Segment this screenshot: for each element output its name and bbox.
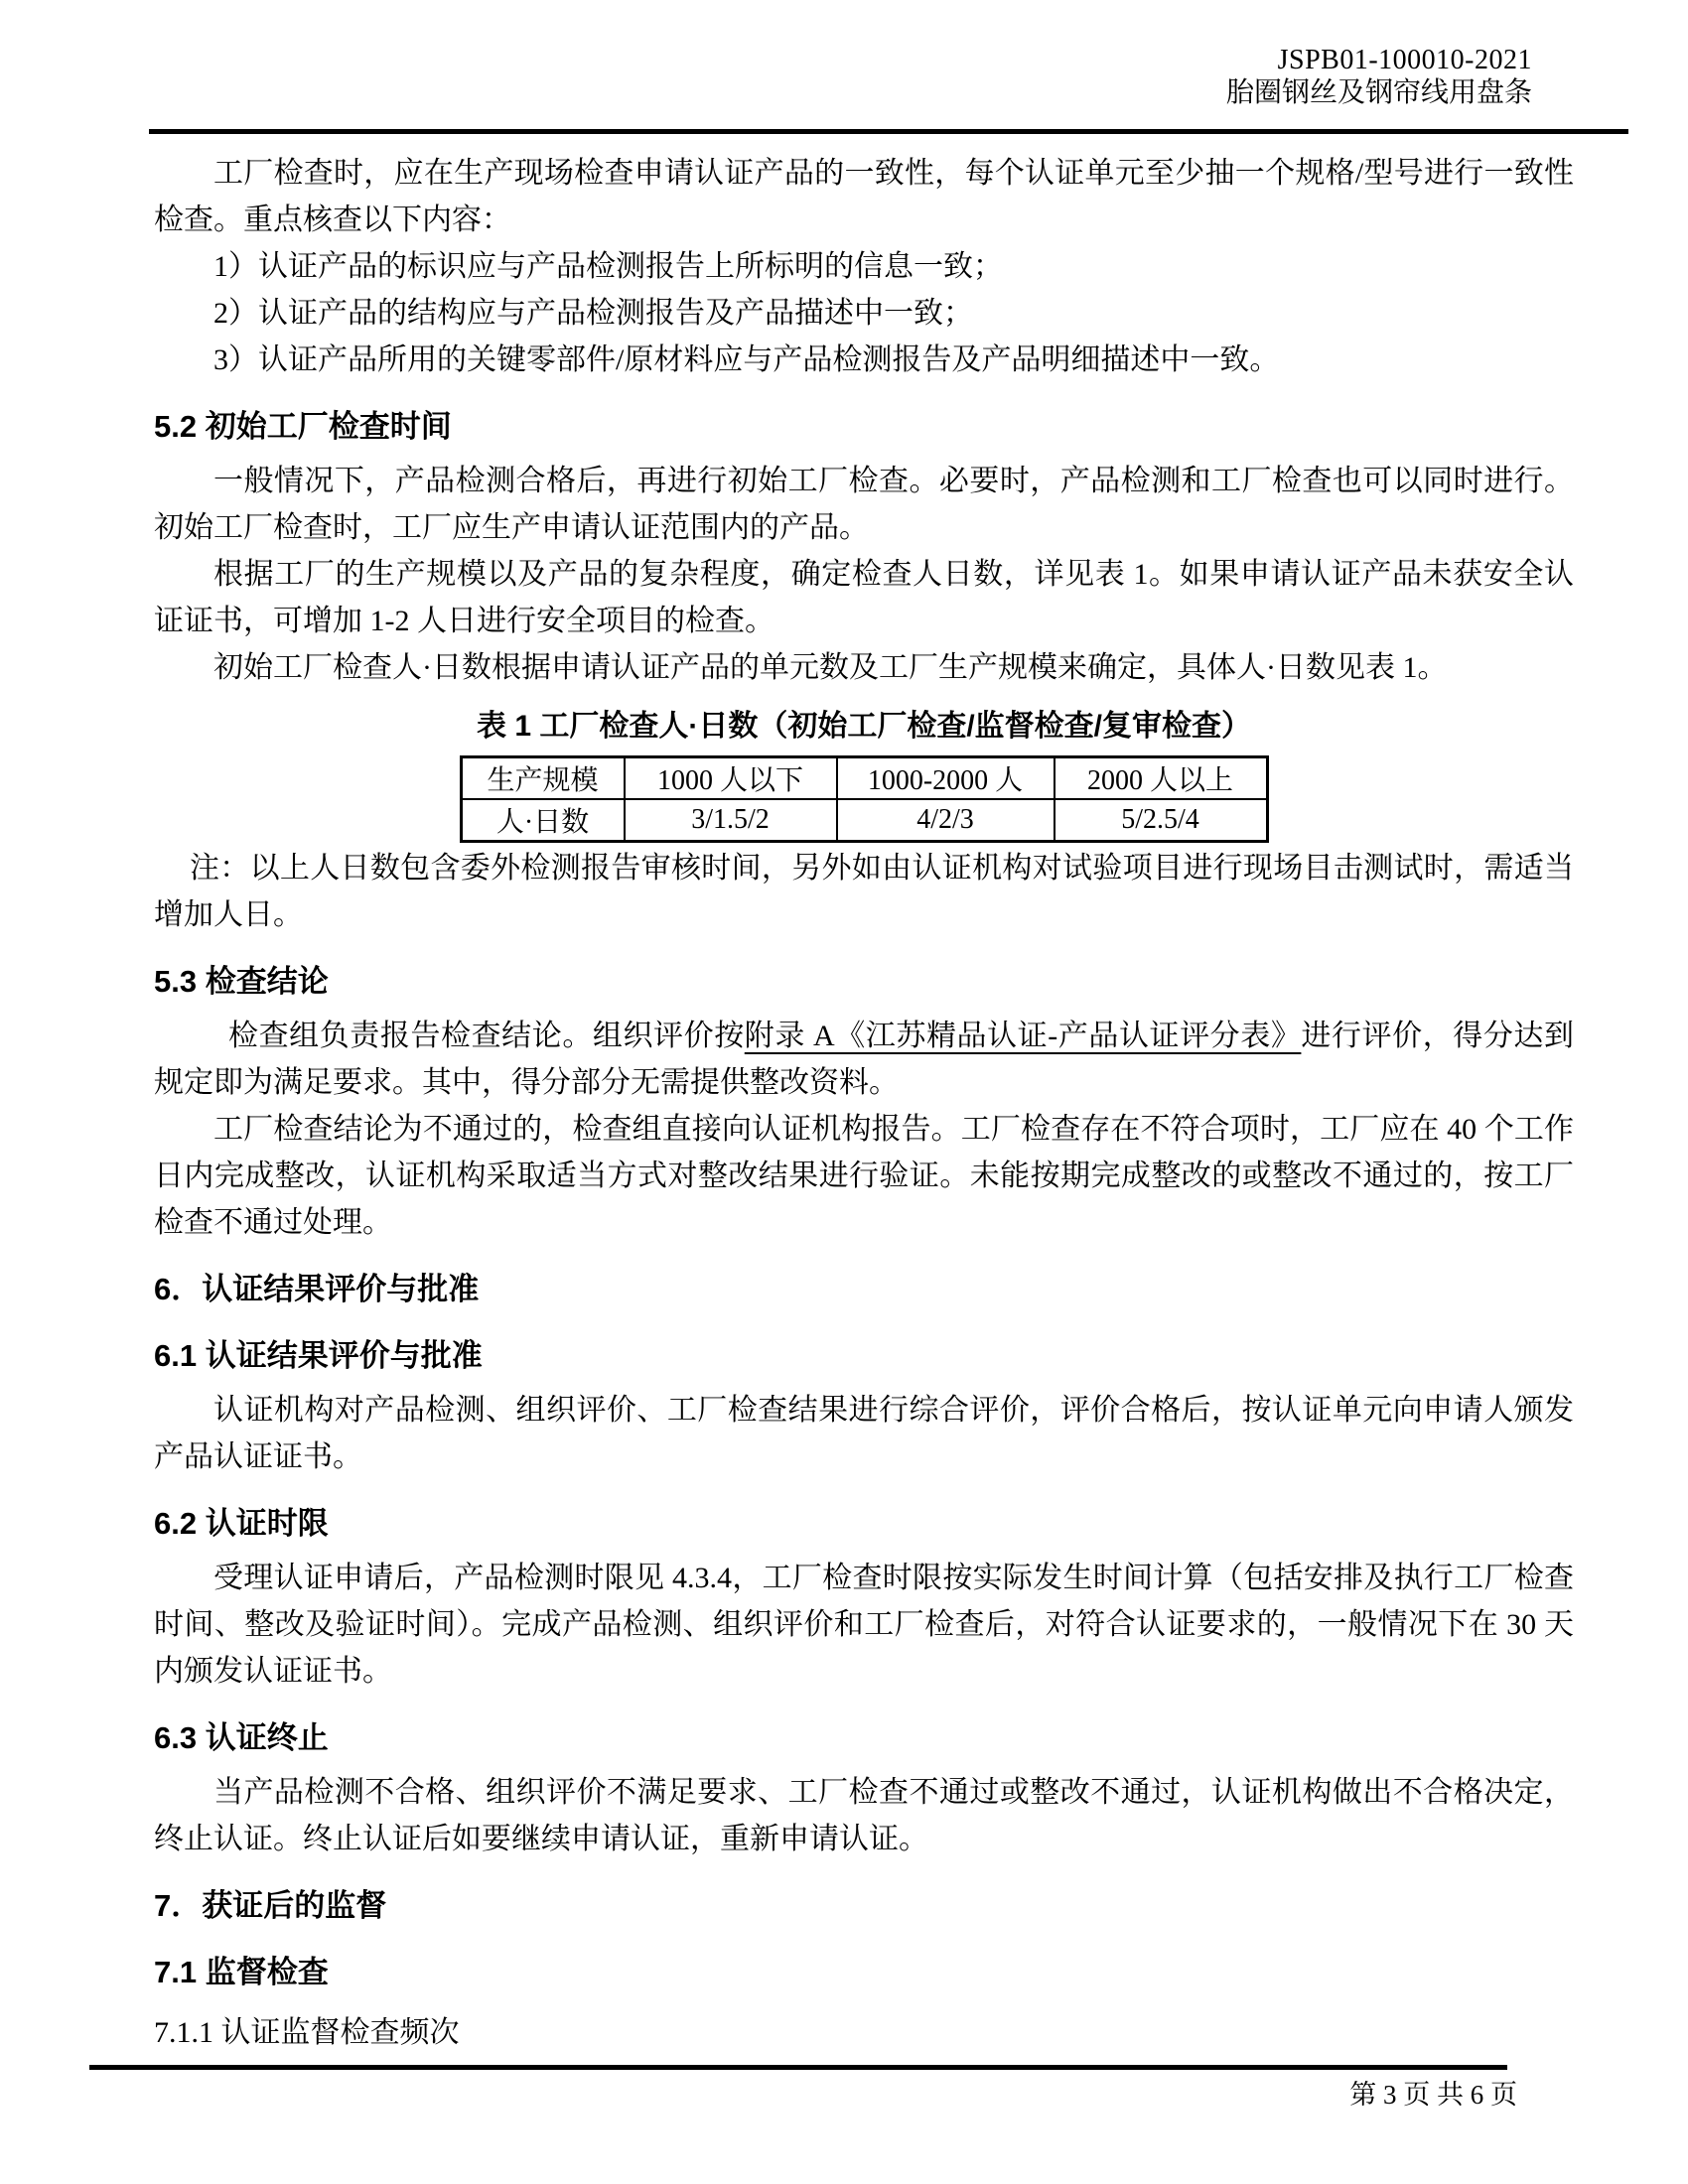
paragraph: 受理认证申请后，产品检测时限见 4.3.4，工厂检查时限按实际发生时间计算（包括… — [154, 1555, 1574, 1695]
table-cell: 3/1.5/2 — [625, 799, 837, 842]
table-row: 生产规模 1000 人以下 1000-2000 人 2000 人以上 — [461, 757, 1267, 800]
section-heading-7: 7．获证后的监督 — [154, 1882, 1574, 1929]
paragraph: 根据工厂的生产规模以及产品的复杂程度，确定检查人日数，详见表 1。如果申请认证产… — [154, 551, 1574, 644]
appendix-a-reference: 附录 A《江苏精品认证-产品认证评分表》 — [745, 1020, 1302, 1052]
list-item: 3）认证产品所用的关键零部件/原材料应与产品检测报告及产品明细描述中一致。 — [154, 337, 1574, 383]
list-item: 2）认证产品的结构应与产品检测报告及产品描述中一致； — [154, 290, 1574, 337]
section-heading-6-1: 6.1 认证结果评价与批准 — [154, 1332, 1574, 1379]
table-cell: 生产规模 — [461, 757, 625, 800]
list-item: 1）认证产品的标识应与产品检测报告上所标明的信息一致； — [154, 243, 1574, 290]
paragraph: 当产品检测不合格、组织评价不满足要求、工厂检查不通过或整改不通过，认证机构做出不… — [154, 1769, 1574, 1862]
header-divider — [149, 129, 1628, 134]
table-1-note: 注：以上人日数包含委外检测报告审核时间，另外如由认证机构对试验项目进行现场目击测… — [154, 845, 1574, 938]
section-heading-7-1: 7.1 监督检查 — [154, 1949, 1574, 1995]
paragraph: 工厂检查结论为不通过的，检查组直接向认证机构报告。工厂检查存在不符合项时，工厂应… — [154, 1106, 1574, 1246]
document-body: 工厂检查时，应在生产现场检查申请认证产品的一致性，每个认证单元至少抽一个规格/型… — [154, 150, 1574, 2056]
table-row: 人·日数 3/1.5/2 4/2/3 5/2.5/4 — [461, 799, 1267, 842]
section-heading-6-3: 6.3 认证终止 — [154, 1714, 1574, 1761]
section-heading-7-1-1: 7.1.1 认证监督检查频次 — [154, 2009, 1574, 2056]
table-1-title: 表 1 工厂检查人·日数（初始工厂检查/监督检查/复审检查） — [154, 703, 1574, 750]
paragraph: 认证机构对产品检测、组织评价、工厂检查结果进行综合评价，评价合格后，按认证单元向… — [154, 1387, 1574, 1480]
section-heading-6: 6．认证结果评价与批准 — [154, 1266, 1574, 1312]
document-number: JSPB01-100010-2021 — [154, 44, 1532, 76]
paragraph-segment: 检查组负责报告检查结论。组织评价按 — [228, 1020, 745, 1052]
table-cell: 人·日数 — [461, 799, 625, 842]
section-heading-5-3: 5.3 检查结论 — [154, 958, 1574, 1005]
footer-divider — [89, 2065, 1507, 2070]
paragraph: 初始工厂检查人·日数根据申请认证产品的单元数及工厂生产规模来确定，具体人·日数见… — [154, 644, 1574, 691]
table-cell: 2000 人以上 — [1055, 757, 1268, 800]
document-title: 胎圈钢丝及钢帘线用盘条 — [154, 76, 1532, 109]
table-cell: 1000-2000 人 — [837, 757, 1055, 800]
paragraph: 一般情况下，产品检测合格后，再进行初始工厂检查。必要时，产品检测和工厂检查也可以… — [154, 458, 1574, 551]
table-cell: 4/2/3 — [837, 799, 1055, 842]
section-heading-6-2: 6.2 认证时限 — [154, 1500, 1574, 1547]
document-page: JSPB01-100010-2021 胎圈钢丝及钢帘线用盘条 工厂检查时，应在生… — [0, 0, 1688, 2184]
table-1-people-days: 生产规模 1000 人以下 1000-2000 人 2000 人以上 人·日数 … — [460, 755, 1269, 843]
section-heading-5-2: 5.2 初始工厂检查时间 — [154, 403, 1574, 450]
paragraph: 检查组负责报告检查结论。组织评价按附录 A《江苏精品认证-产品认证评分表》进行评… — [154, 1013, 1574, 1106]
table-cell: 1000 人以下 — [625, 757, 837, 800]
table-cell: 5/2.5/4 — [1055, 799, 1268, 842]
page-number: 第 3 页 共 6 页 — [0, 2079, 1517, 2111]
intro-paragraph: 工厂检查时，应在生产现场检查申请认证产品的一致性，每个认证单元至少抽一个规格/型… — [154, 150, 1574, 243]
page-header: JSPB01-100010-2021 胎圈钢丝及钢帘线用盘条 — [154, 0, 1532, 109]
